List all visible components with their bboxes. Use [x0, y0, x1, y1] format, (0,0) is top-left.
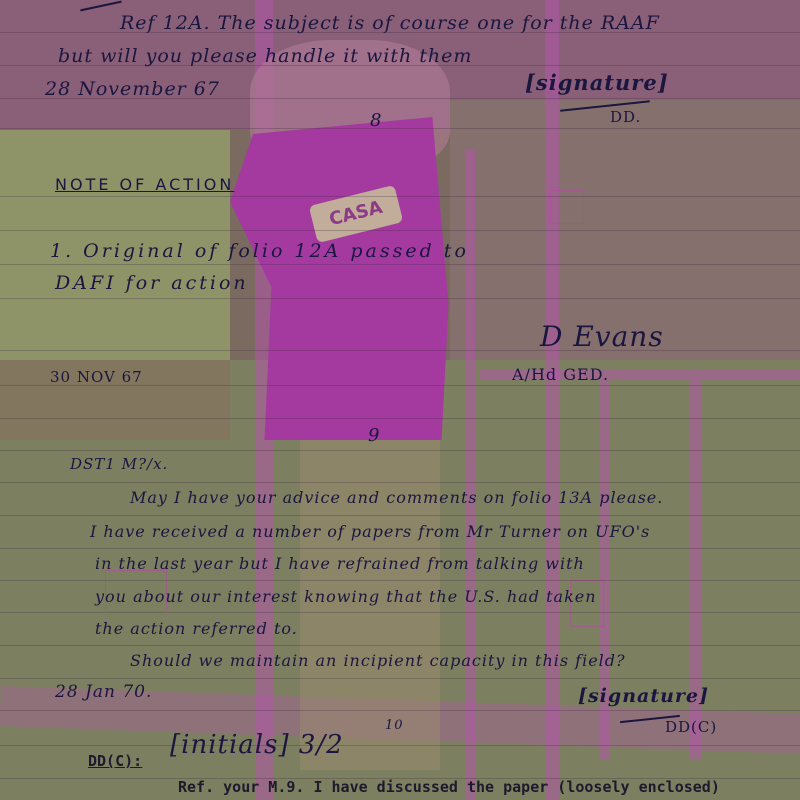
entry3-role: DD(C) — [665, 718, 717, 736]
entry1-line1: Ref 12A. The subject is of course one fo… — [120, 12, 660, 34]
entry3-body-line: the action referred to. — [95, 619, 298, 638]
entry1-date: 28 November 67 — [45, 78, 220, 100]
note-of-action-heading: NOTE OF ACTION — [55, 175, 234, 194]
entry3-body-line: Should we maintain an incipient capacity… — [130, 651, 626, 670]
entry1-line2: but will you please handle it with them — [58, 45, 472, 67]
folio-number-9: 9 — [368, 425, 380, 446]
folio-number-8: 8 — [370, 110, 382, 131]
document-page: CASA Ref 12A. The subject is of course o… — [0, 0, 800, 800]
entry3-body-line: in the last year but I have refrained fr… — [95, 554, 585, 573]
entry1-signature: [signature] — [525, 70, 669, 95]
entry1-role: DD. — [610, 108, 641, 126]
entry3-body-line: May I have your advice and comments on f… — [130, 488, 663, 507]
entry3-signature: [signature] — [578, 685, 709, 707]
entry3-date: 28 Jan 70. — [55, 682, 152, 702]
entry2-item-line2: DAFI for action — [55, 272, 249, 294]
entry2-date: 30 NOV 67 — [50, 368, 143, 386]
entry2-signature: D Evans — [540, 320, 664, 353]
folio-number-10: 10 — [385, 718, 404, 733]
entry4-addressee: DD(C): — [88, 752, 142, 770]
entry4-typed-line: Ref. your M.9. I have discussed the pape… — [178, 778, 720, 796]
entry3-body-line: I have received a number of papers from … — [90, 522, 650, 541]
entry4-initials: [initials] 3/2 — [170, 730, 344, 760]
doorframe-stripe — [545, 0, 559, 800]
entry3-addressee: DST1 M?/x. — [70, 455, 168, 473]
entry2-item-line1: 1. Original of folio 12A passed to — [50, 240, 469, 262]
entry2-role: A/Hd GED. — [512, 365, 609, 384]
entry3-body-line: you about our interest knowing that the … — [95, 587, 597, 606]
